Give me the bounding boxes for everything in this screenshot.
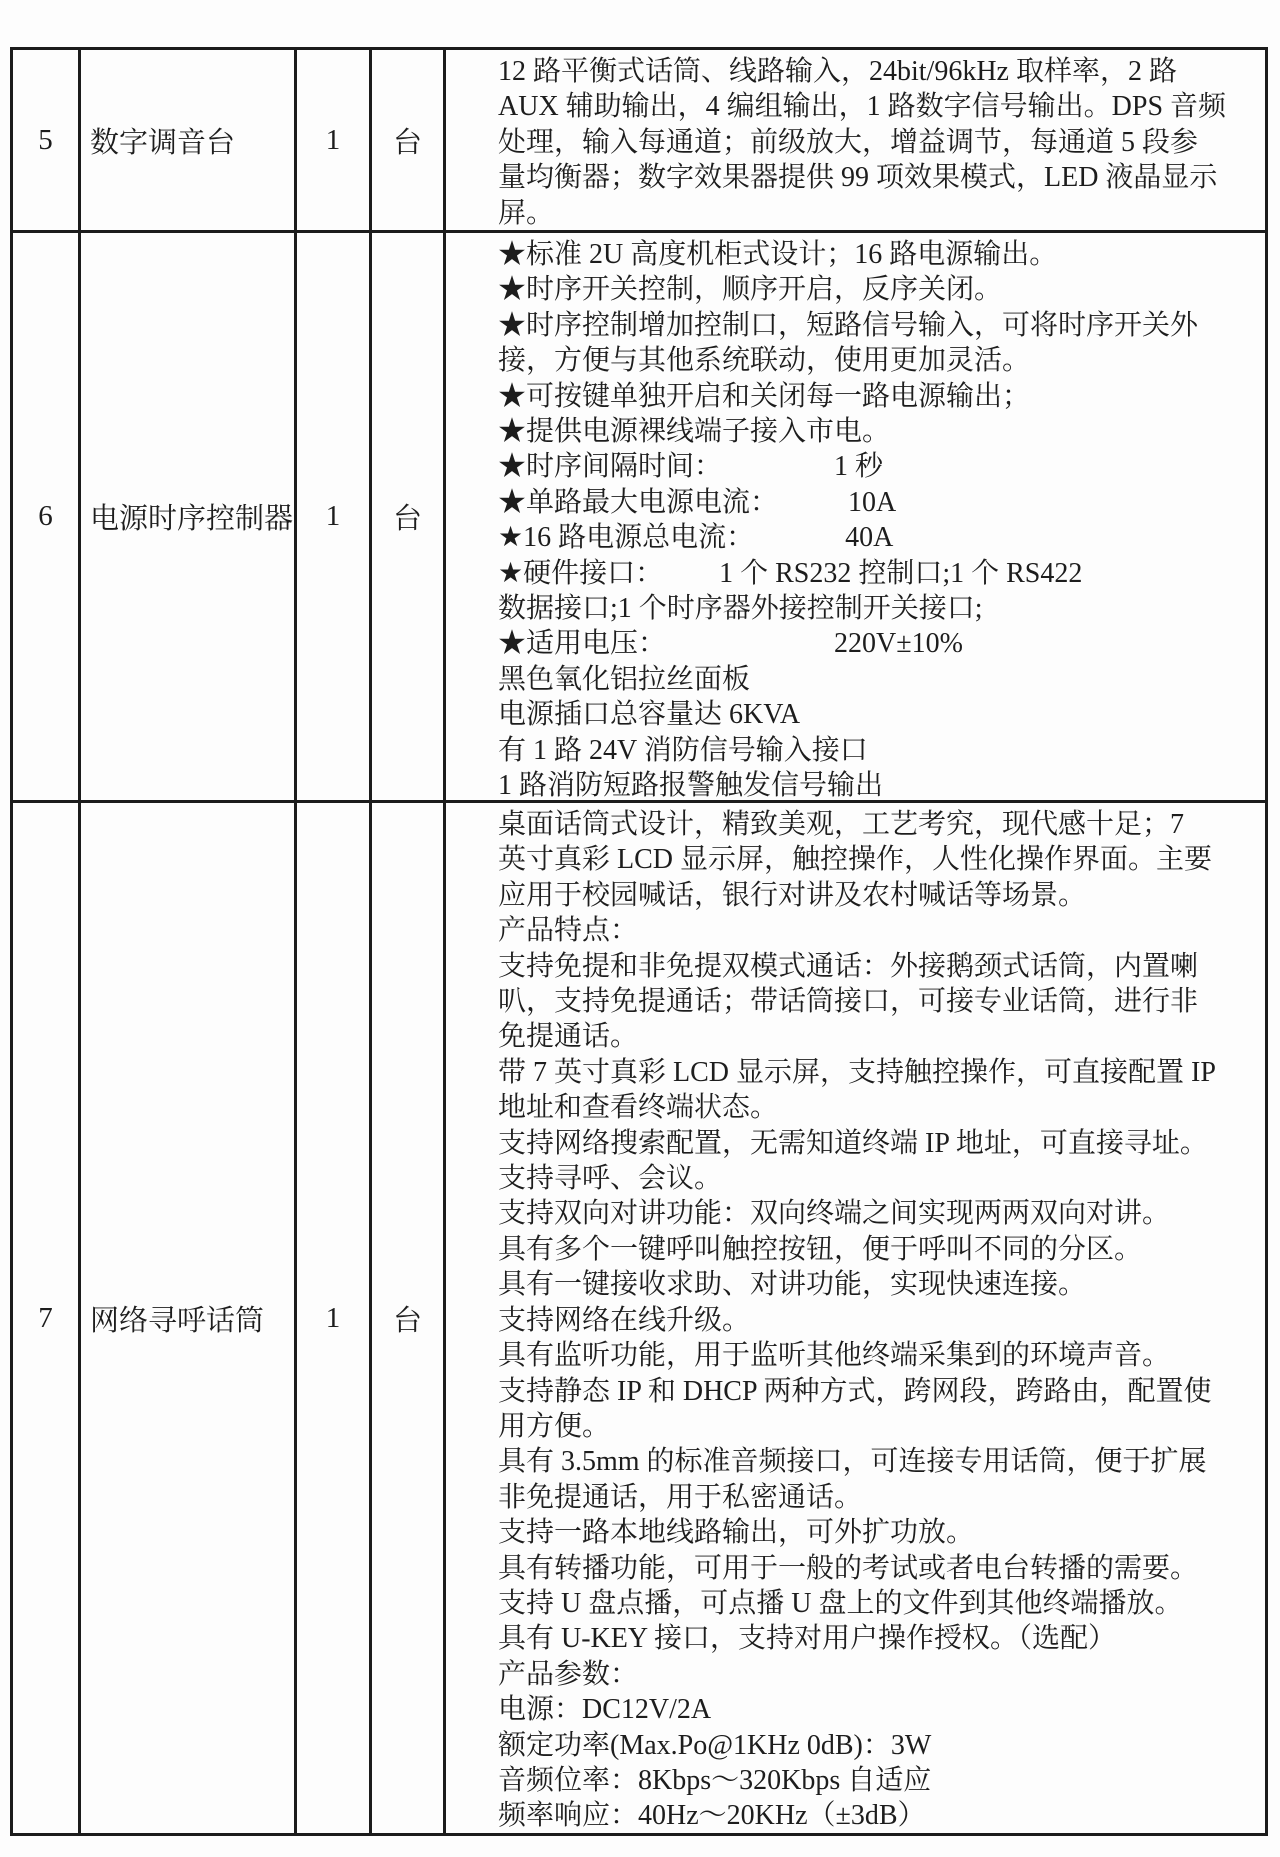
description-cell: 12 路平衡式话筒、线路输入，24bit/96kHz 取样率，2 路 AUX 辅… (446, 50, 1265, 230)
quantity-cell: 1 (297, 50, 372, 230)
table-row: 6 电源时序控制器 1 台 ★标准 2U 高度机柜式设计；16 路电源输出。 ★… (13, 233, 1265, 803)
quantity-cell: 1 (297, 803, 372, 1833)
item-name-cell: 数字调音台 (81, 50, 297, 230)
document-page: 5 数字调音台 1 台 12 路平衡式话筒、线路输入，24bit/96kHz 取… (0, 0, 1280, 1857)
unit-cell: 台 (372, 50, 446, 230)
table-row: 5 数字调音台 1 台 12 路平衡式话筒、线路输入，24bit/96kHz 取… (13, 50, 1265, 233)
row-number-cell: 6 (13, 233, 81, 800)
unit-cell: 台 (372, 803, 446, 1833)
table-row: 7 网络寻呼话筒 1 台 桌面话筒式设计，精致美观，工艺考究，现代感十足；7 英… (13, 803, 1265, 1833)
row-number-cell: 7 (13, 803, 81, 1833)
unit-cell: 台 (372, 233, 446, 800)
row-number-cell: 5 (13, 50, 81, 230)
equipment-spec-table: 5 数字调音台 1 台 12 路平衡式话筒、线路输入，24bit/96kHz 取… (10, 47, 1268, 1836)
item-name-cell: 电源时序控制器 (81, 233, 297, 800)
item-name-cell: 网络寻呼话筒 (81, 803, 297, 1833)
description-cell: 桌面话筒式设计，精致美观，工艺考究，现代感十足；7 英寸真彩 LCD 显示屏，触… (446, 803, 1265, 1833)
quantity-cell: 1 (297, 233, 372, 800)
description-cell: ★标准 2U 高度机柜式设计；16 路电源输出。 ★时序开关控制，顺序开启，反序… (446, 233, 1265, 800)
